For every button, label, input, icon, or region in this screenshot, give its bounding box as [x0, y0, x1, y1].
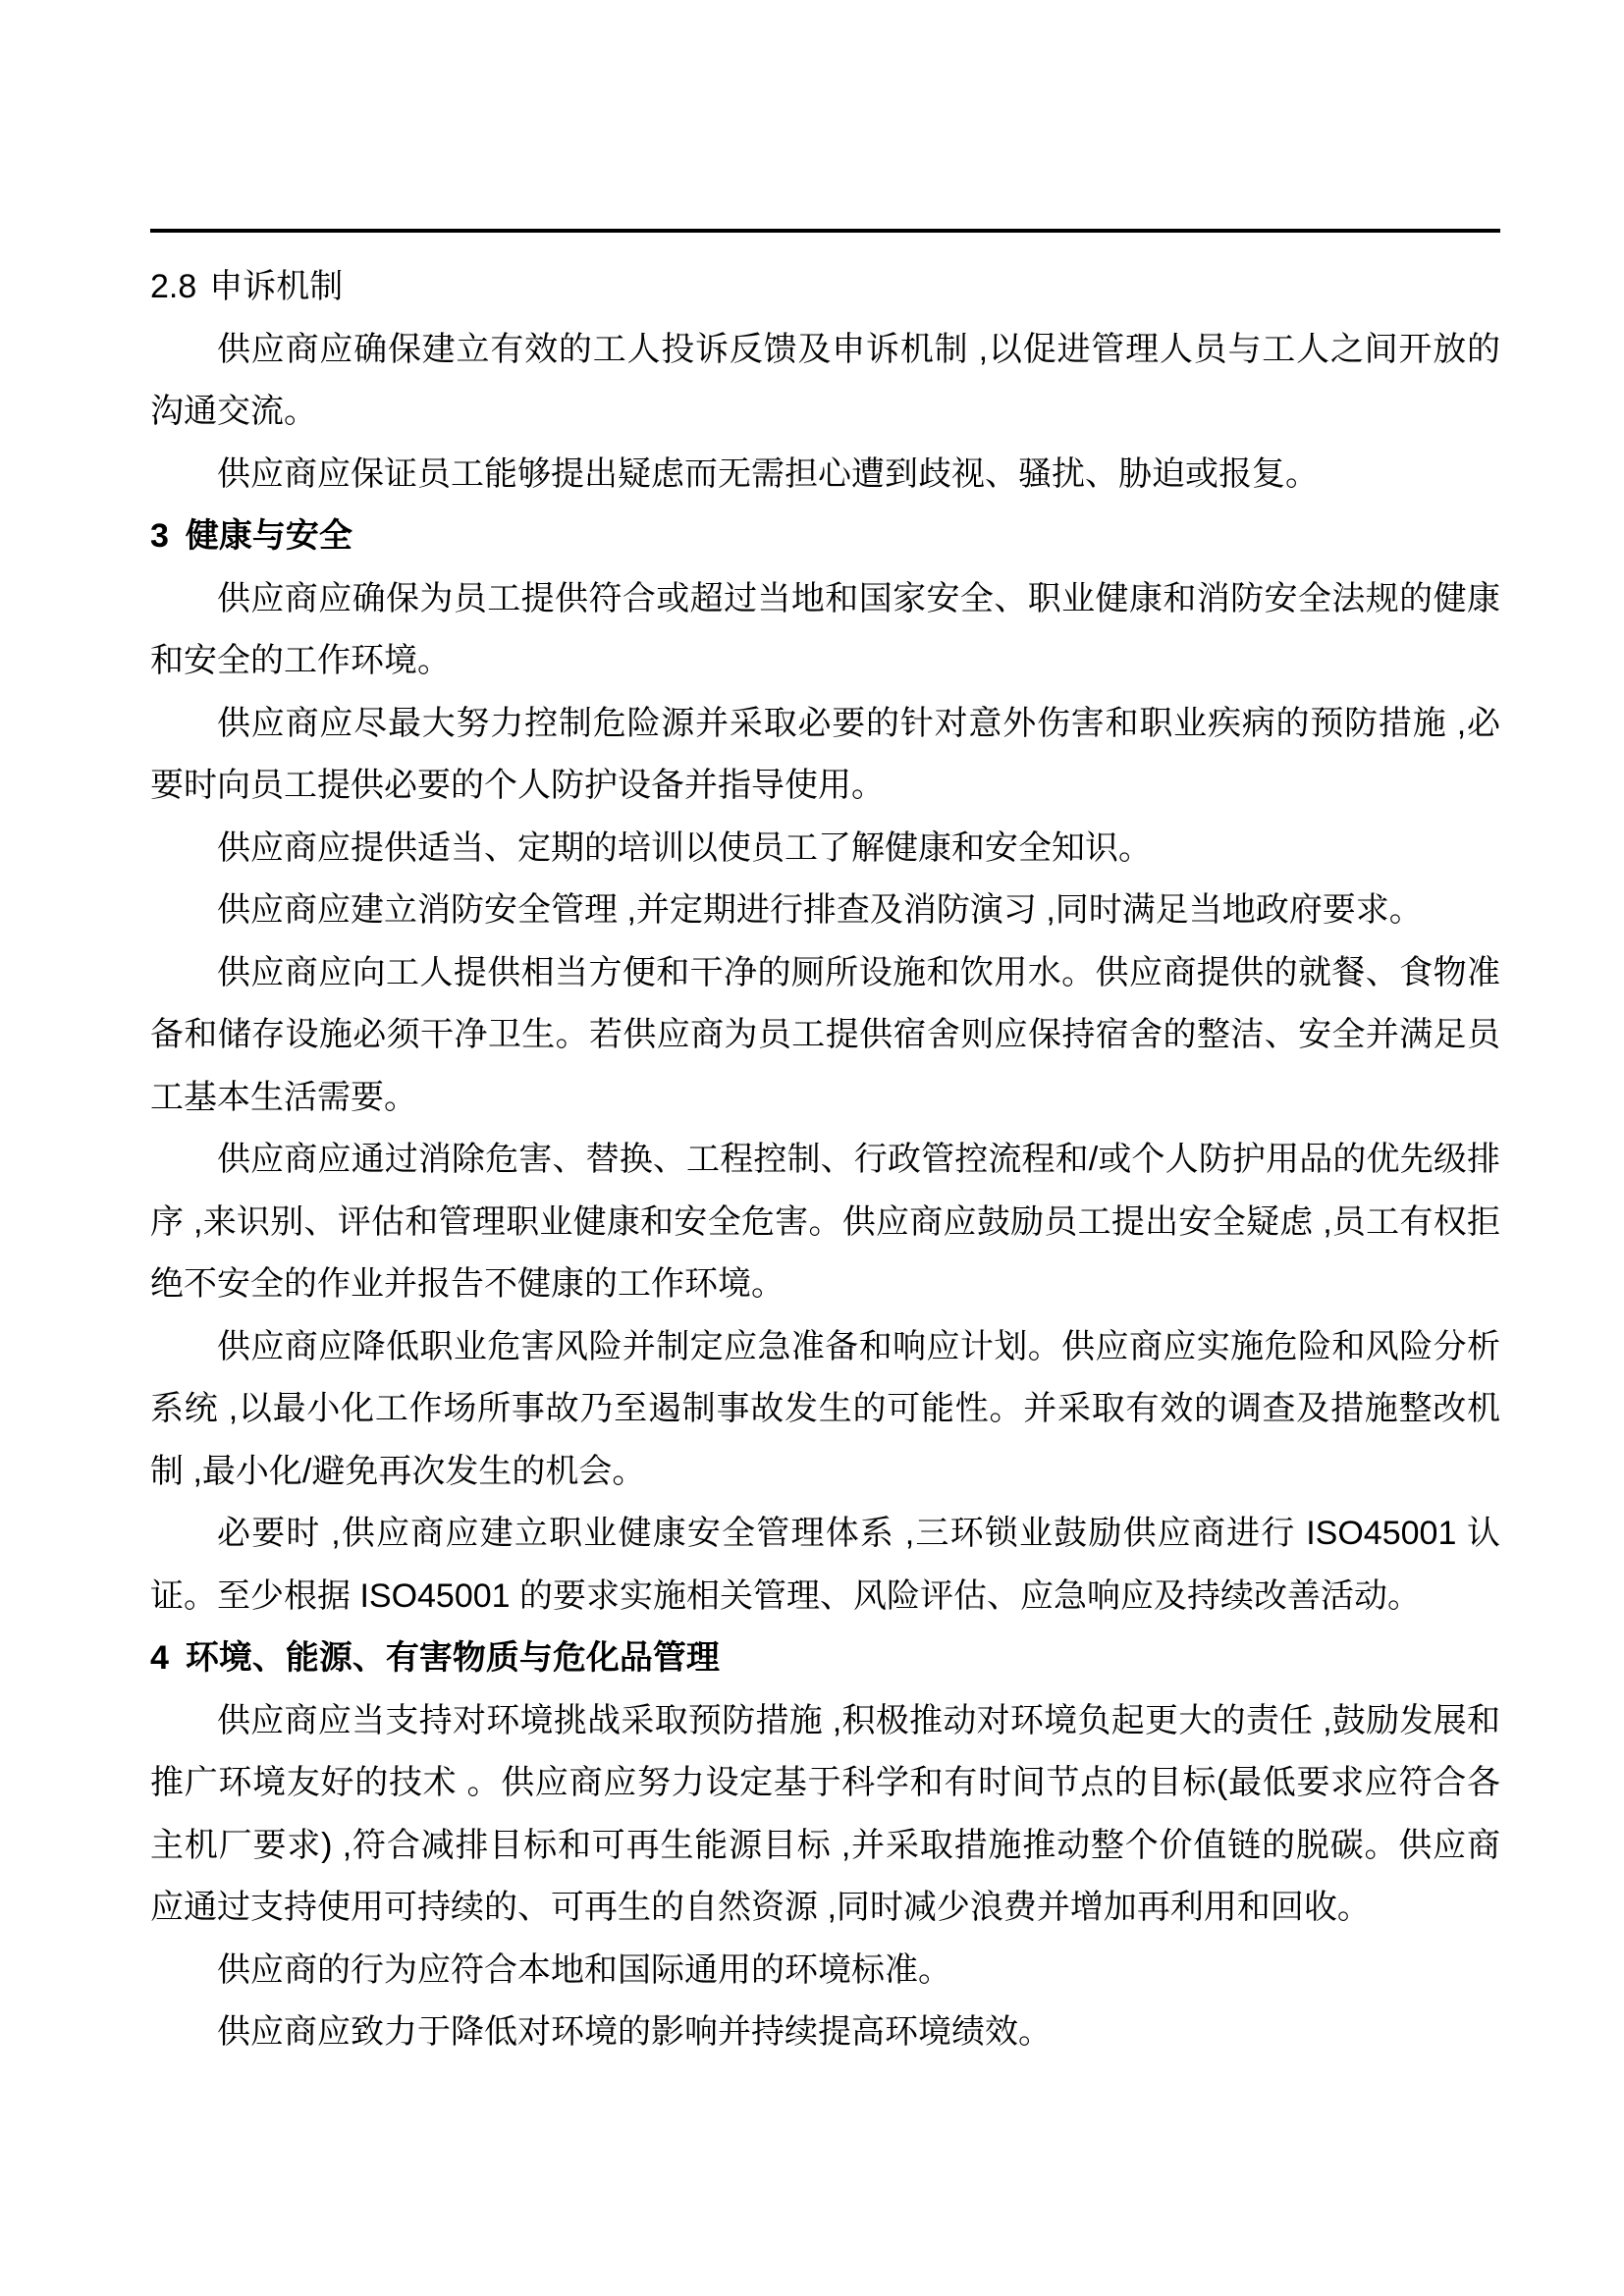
paragraph-sanitation-dormitory: 供应商应向工人提供相当方便和干净的厕所设施和饮用水。供应商提供的就餐、食物准备和… — [150, 942, 1500, 1130]
paragraph-emergency-preparedness: 供应商应降低职业危害风险并制定应急准备和响应计划。供应商应实施危险和风险分析系统… — [150, 1316, 1500, 1504]
header-rule — [150, 229, 1500, 233]
subheading-title: 申诉机制 — [209, 268, 343, 305]
heading-title: 健康与安全 — [186, 517, 352, 555]
heading-number: 3 — [150, 506, 169, 568]
paragraph-fire-safety: 供应商应建立消防安全管理 ,并定期进行排查及消防演习 ,同时满足当地政府要求。 — [150, 880, 1500, 942]
heading-number: 4 — [150, 1628, 169, 1690]
heading-title: 环境、能源、有害物质与危化品管理 — [186, 1639, 720, 1677]
paragraph-no-retaliation: 供应商应保证员工能够提出疑虑而无需担心遭到歧视、骚扰、胁迫或报复。 — [150, 444, 1500, 507]
paragraph-environmental-standards: 供应商的行为应符合本地和国际通用的环境标准。 — [150, 1940, 1500, 2002]
paragraph-environmental-responsibility: 供应商应当支持对环境挑战采取预防措施 ,积极推动对环境负起更大的责任 ,鼓励发展… — [150, 1690, 1500, 1940]
paragraph-hazard-control-ppe: 供应商应尽最大努力控制危险源并采取必要的针对意外伤害和职业疾病的预防措施 ,必要… — [150, 693, 1500, 818]
paragraph-environmental-performance: 供应商应致力于降低对环境的影响并持续提高环境绩效。 — [150, 2002, 1500, 2064]
paragraph-safe-work-environment: 供应商应确保为员工提供符合或超过当地和国家安全、职业健康和消防安全法规的健康和安… — [150, 568, 1500, 693]
document-body: 2.8申诉机制 供应商应确保建立有效的工人投诉反馈及申诉机制 ,以促进管理人员与… — [150, 256, 1500, 2064]
document-page: { "page": { "background_color": "#ffffff… — [0, 0, 1624, 2296]
heading-3-health-safety: 3健康与安全 — [150, 506, 1500, 568]
page-content: 2.8申诉机制 供应商应确保建立有效的工人投诉反馈及申诉机制 ,以促进管理人员与… — [150, 229, 1500, 2064]
subheading-number: 2.8 — [150, 256, 196, 319]
paragraph-safety-training: 供应商应提供适当、定期的培训以使员工了解健康和安全知识。 — [150, 818, 1500, 881]
paragraph-iso45001-certification: 必要时 ,供应商应建立职业健康安全管理体系 ,三环锁业鼓励供应商进行 ISO45… — [150, 1503, 1500, 1628]
paragraph-hazard-hierarchy: 供应商应通过消除危害、替换、工程控制、行政管控流程和/或个人防护用品的优先级排序… — [150, 1129, 1500, 1316]
subheading-2-8-grievance-mechanism: 2.8申诉机制 — [150, 256, 1500, 319]
heading-4-environment-management: 4环境、能源、有害物质与危化品管理 — [150, 1628, 1500, 1690]
paragraph-grievance-channel: 供应商应确保建立有效的工人投诉反馈及申诉机制 ,以促进管理人员与工人之间开放的沟… — [150, 319, 1500, 444]
